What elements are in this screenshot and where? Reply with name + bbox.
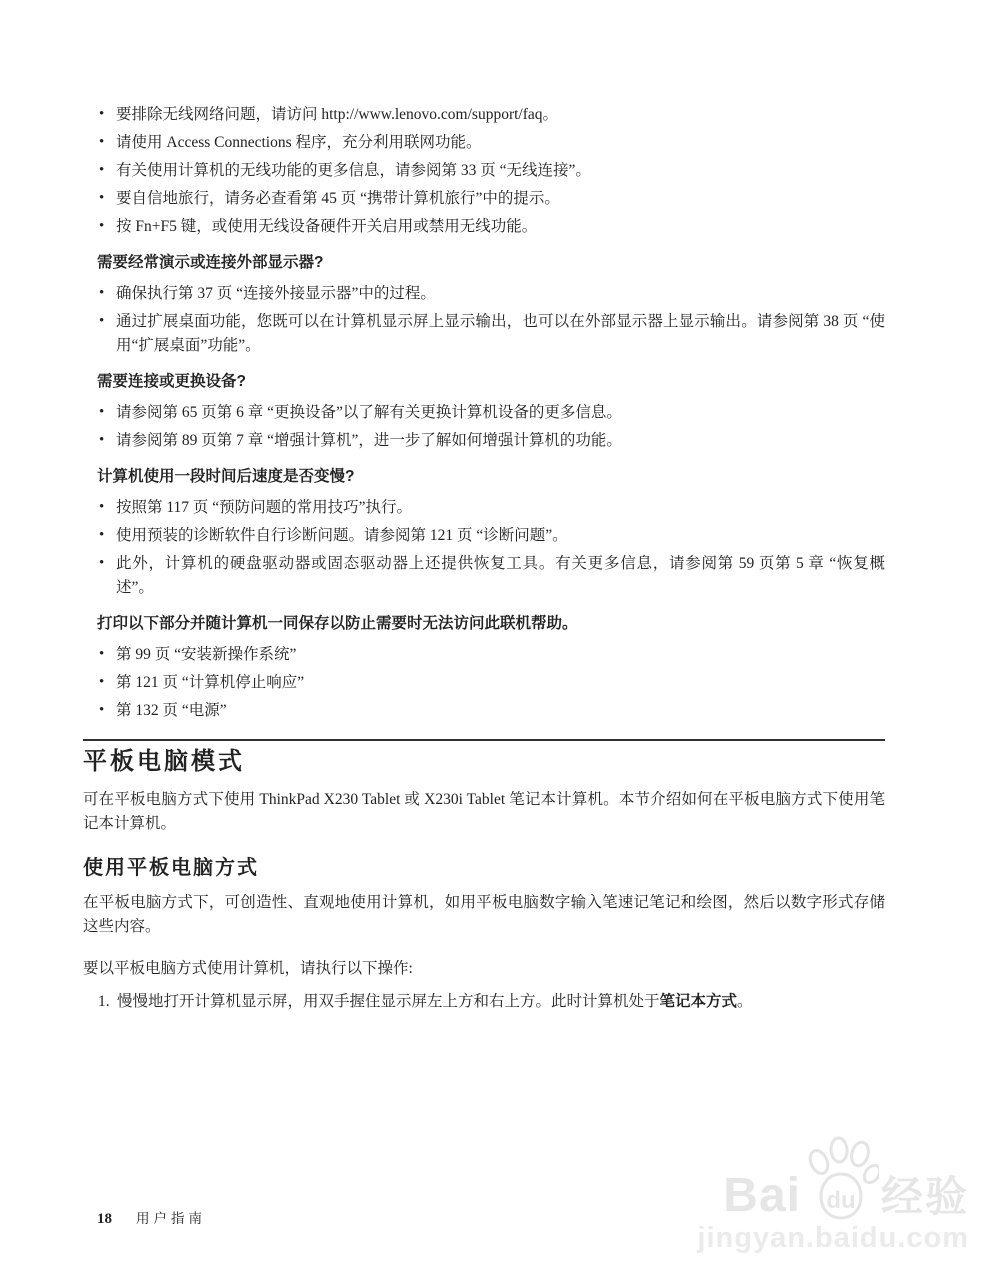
wireless-tips-list: 要排除无线网络问题，请访问 http://www.lenovo.com/supp…	[97, 103, 885, 239]
watermark-du-text: du	[826, 1189, 855, 1213]
list-item: 要排除无线网络问题，请访问 http://www.lenovo.com/supp…	[97, 103, 885, 127]
list-item: 请参阅第 89 页第 7 章 “增强计算机”，进一步了解如何增强计算机的功能。	[97, 429, 885, 453]
list-item: 要自信地旅行，请务必查看第 45 页 “携带计算机旅行”中的提示。	[97, 187, 885, 211]
list-item: 确保执行第 37 页 “连接外接显示器”中的过程。	[97, 282, 885, 306]
list-item: 第 132 页 “电源”	[97, 699, 885, 723]
tablet-mode-section: 平板电脑模式 可在平板电脑方式下使用 ThinkPad X230 Tablet …	[83, 739, 885, 1014]
page-footer: 18 用户指南	[97, 1207, 206, 1228]
replace-device-list: 请参阅第 65 页第 6 章 “更换设备”以了解有关更换计算机设备的更多信息。 …	[97, 401, 885, 453]
print-sections-list: 第 99 页 “安装新操作系统” 第 121 页 “计算机停止响应” 第 132…	[97, 643, 885, 723]
external-display-list: 确保执行第 37 页 “连接外接显示器”中的过程。 通过扩展桌面功能，您既可以在…	[97, 282, 885, 358]
watermark-logo-row: Bai du 经验	[679, 1130, 969, 1218]
section-title-tablet-mode: 平板电脑模式	[83, 750, 885, 774]
list-item: 按照第 117 页 “预防问题的常用技巧”执行。	[97, 496, 885, 520]
list-item: 按 Fn+F5 键，或使用无线设备硬件开关启用或禁用无线功能。	[97, 215, 885, 239]
step-suffix: 。	[737, 993, 753, 1010]
section-divider	[83, 739, 885, 741]
list-item: 此外，计算机的硬盘驱动器或固态驱动器上还提供恢复工具。有关更多信息，请参阅第 5…	[97, 552, 885, 600]
qa-heading-print-sections: 打印以下部分并随计算机一同保存以防止需要时无法访问此联机帮助。	[97, 612, 885, 636]
list-item: 通过扩展桌面功能，您既可以在计算机显示屏上显示输出，也可以在外部显示器上显示输出…	[97, 310, 885, 358]
tablet-mode-intro: 可在平板电脑方式下使用 ThinkPad X230 Tablet 或 X230i…	[83, 788, 885, 836]
step-bold-term: 笔记本方式	[660, 993, 738, 1010]
step-number: 1.	[98, 990, 110, 1014]
baidu-jingyan-watermark: Bai du 经验 jingyan.baidu.com	[679, 1130, 969, 1255]
tablet-steps-list: 1.慢慢地打开计算机显示屏，用双手握住显示屏左上方和右上方。此时计算机处于笔记本…	[83, 990, 885, 1014]
qa-heading-slow-computer: 计算机使用一段时间后速度是否变慢?	[97, 465, 885, 489]
footer-label: 用户指南	[136, 1207, 206, 1227]
use-tablet-mode-paragraph: 在平板电脑方式下，可创造性、直观地使用计算机，如用平板电脑数字输入笔速记笔记和绘…	[83, 891, 885, 939]
watermark-url: jingyan.baidu.com	[679, 1222, 969, 1255]
list-item: 有关使用计算机的无线功能的更多信息，请参阅第 33 页 “无线连接”。	[97, 159, 885, 183]
step-text: 慢慢地打开计算机显示屏，用双手握住显示屏左上方和右上方。此时计算机处于	[117, 993, 660, 1010]
list-item: 请使用 Access Connections 程序，充分利用联网功能。	[97, 131, 885, 155]
qa-heading-external-display: 需要经常演示或连接外部显示器?	[97, 251, 885, 275]
list-item: 使用预装的诊断软件自行诊断问题。请参阅第 121 页 “诊断问题”。	[97, 524, 885, 548]
slow-computer-list: 按照第 117 页 “预防问题的常用技巧”执行。 使用预装的诊断软件自行诊断问题…	[97, 496, 885, 600]
list-item: 第 99 页 “安装新操作系统”	[97, 643, 885, 667]
step-item: 1.慢慢地打开计算机显示屏，用双手握住显示屏左上方和右上方。此时计算机处于笔记本…	[83, 990, 885, 1014]
list-item: 请参阅第 65 页第 6 章 “更换设备”以了解有关更换计算机设备的更多信息。	[97, 401, 885, 425]
watermark-jingyan-text: 经验	[881, 1176, 969, 1218]
paw-icon: du	[803, 1136, 879, 1222]
document-page: { "page": { "intro_bullets": [ "要排除无线网络问…	[0, 0, 989, 1280]
page-content: 要排除无线网络问题，请访问 http://www.lenovo.com/supp…	[97, 103, 885, 1014]
subsection-title-use-tablet-mode: 使用平板电脑方式	[83, 856, 885, 880]
qa-heading-replace-device: 需要连接或更换设备?	[97, 370, 885, 394]
tablet-steps-lead-in: 要以平板电脑方式使用计算机，请执行以下操作:	[83, 957, 885, 981]
list-item: 第 121 页 “计算机停止响应”	[97, 671, 885, 695]
page-number: 18	[97, 1211, 112, 1228]
watermark-bai-text: Bai	[723, 1174, 801, 1218]
